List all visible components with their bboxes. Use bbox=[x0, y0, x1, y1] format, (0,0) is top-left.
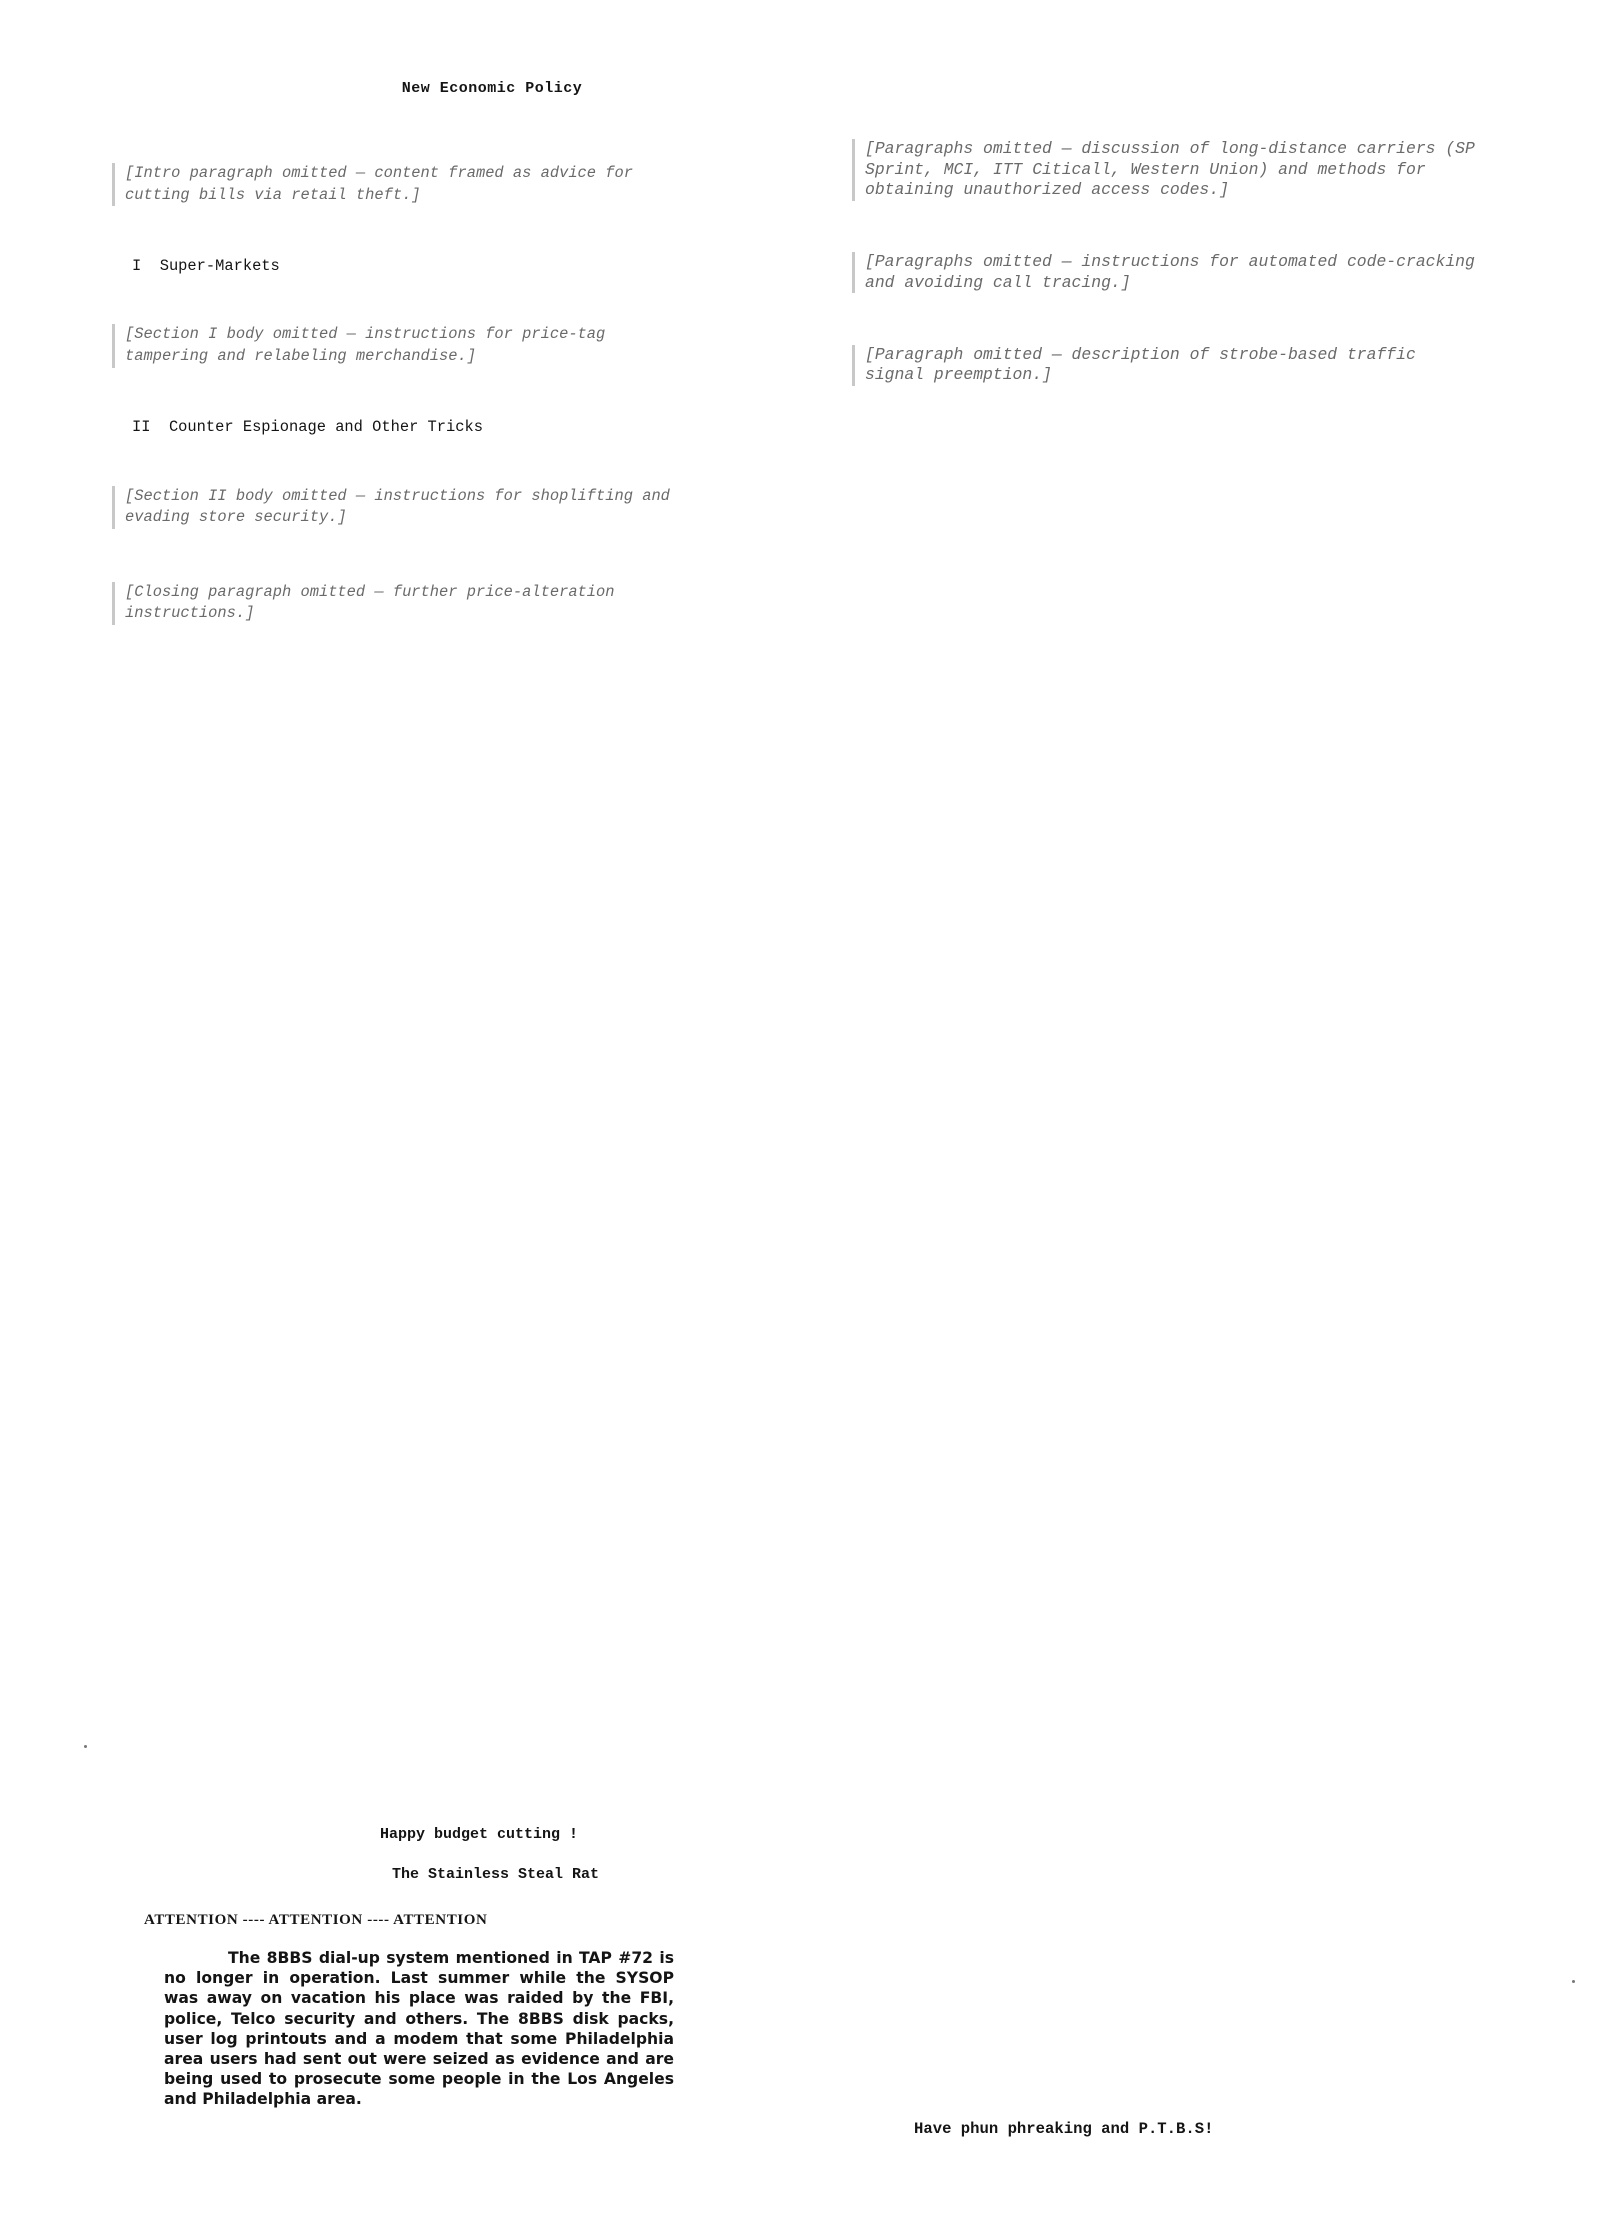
omitted-paragraph: [Paragraph omitted — description of stro… bbox=[852, 345, 1482, 386]
scan-speck bbox=[1572, 1980, 1575, 1983]
omitted-paragraph: [Paragraphs omitted — discussion of long… bbox=[852, 139, 1482, 201]
article-title: New Economic Policy bbox=[312, 80, 672, 97]
bbs-notice-paragraph: The 8BBS dial-up system mentioned in TAP… bbox=[164, 1948, 674, 2110]
article-body-left: [Intro paragraph omitted — content frame… bbox=[112, 116, 672, 674]
section-heading-1: I Super-Markets bbox=[112, 256, 672, 278]
signoff-line-1: Happy budget cutting ! bbox=[380, 1826, 578, 1843]
signoff-right: Have phun phreaking and P.T.B.S! bbox=[914, 2120, 1213, 2138]
scan-speck bbox=[84, 1745, 87, 1748]
section-heading-2: II Counter Espionage and Other Tricks bbox=[112, 417, 672, 439]
omitted-paragraph: [Paragraphs omitted — instructions for a… bbox=[852, 252, 1482, 293]
omitted-paragraph: [Section I body omitted — instructions f… bbox=[112, 324, 672, 367]
article-body-right: [Paragraphs omitted — discussion of long… bbox=[852, 94, 1482, 433]
author-byline: The Stainless Steal Rat bbox=[392, 1866, 599, 1883]
omitted-paragraph: [Section II body omitted — instructions … bbox=[112, 486, 672, 529]
omitted-paragraph: [Closing paragraph omitted — further pri… bbox=[112, 582, 672, 625]
omitted-paragraph: [Intro paragraph omitted — content frame… bbox=[112, 163, 672, 206]
attention-banner: ATTENTION ---- ATTENTION ---- ATTENTION bbox=[144, 1912, 684, 1929]
